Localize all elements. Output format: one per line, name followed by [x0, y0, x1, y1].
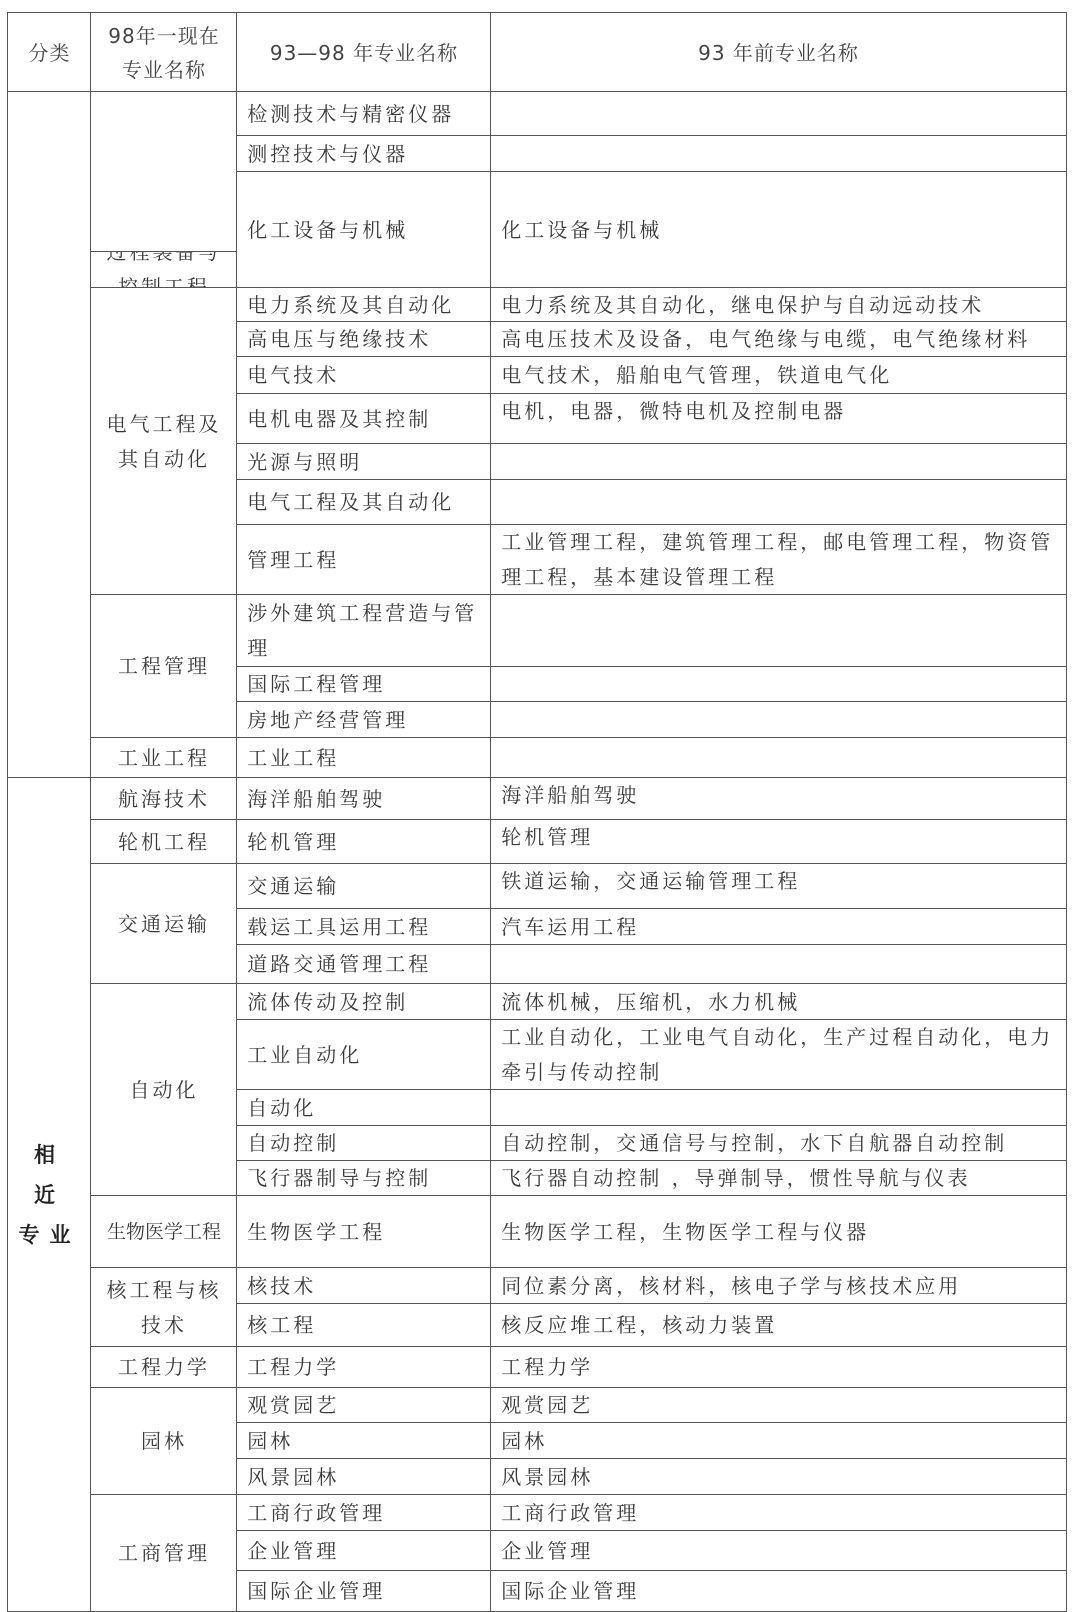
major-pre-93-cell: 工业自动化，工业电气自动化，生产过程自动化，电力牵引与传动控制	[490, 1019, 1067, 1091]
major-93-98-cell-text: 海洋船舶驾驶	[247, 782, 385, 817]
major-pre-93-cell: 国际企业管理	[490, 1570, 1067, 1612]
major-93-98-cell: 企业管理	[236, 1530, 492, 1572]
current-major-cell: 轮机工程	[90, 819, 238, 865]
major-pre-93-cell-text: 同位素分离，核材料，核电子学与核技术应用	[501, 1269, 961, 1304]
major-pre-93-cell-text: 工业自动化，工业电气自动化，生产过程自动化，电力牵引与传动控制	[501, 1020, 1060, 1090]
major-93-98-cell: 电气技术	[236, 356, 492, 395]
major-93-98-cell-text: 电气技术	[247, 358, 339, 393]
major-93-98-cell-text: 电机电器及其控制	[247, 402, 431, 437]
current-major-cell: 电气工程及其自动化	[90, 287, 238, 596]
major-pre-93-cell-text: 铁道运输，交通运输管理工程	[501, 864, 800, 899]
header-current-name: 98年一现在专业名称	[90, 12, 238, 93]
major-pre-93-cell: 企业管理	[490, 1530, 1067, 1572]
category-cell-text: 相 近 专业	[14, 1135, 85, 1255]
current-major-cell: 交通运输	[90, 863, 238, 985]
major-pre-93-cell: 工商行政管理	[490, 1494, 1067, 1532]
header-current-name-text: 98年一现在专业名称	[102, 19, 227, 87]
major-pre-93-cell-text: 电力系统及其自动化，继电保护与自动远动技术	[501, 288, 984, 323]
major-pre-93-cell-text: 自动控制，交通信号与控制，水下自航器自动控制	[501, 1126, 1007, 1161]
major-93-98-cell: 电机电器及其控制	[236, 393, 492, 445]
major-pre-93-cell: 海洋船舶驾驶	[490, 777, 1067, 821]
major-93-98-cell-text: 测控技术与仪器	[247, 137, 408, 172]
header-93-98-name-text: 93—98 年专业名称	[270, 35, 458, 71]
major-pre-93-cell-text: 电气技术，船舶电气管理，铁道电气化	[501, 358, 892, 393]
major-93-98-cell-text: 交通运输	[247, 869, 339, 904]
current-major-cell: 核工程与核技术	[90, 1267, 238, 1348]
major-93-98-cell: 国际工程管理	[236, 666, 492, 703]
major-pre-93-cell	[490, 135, 1067, 173]
current-major-cell-text: 生物医学工程	[107, 1215, 221, 1250]
major-93-98-cell: 观赏园艺	[236, 1387, 492, 1424]
major-93-98-cell: 工业自动化	[236, 1019, 492, 1091]
major-93-98-cell: 管理工程	[236, 524, 492, 596]
major-93-98-cell: 自动化	[236, 1089, 492, 1127]
major-93-98-cell-text: 光源与照明	[247, 445, 362, 480]
major-93-98-cell-text: 轮机管理	[247, 825, 339, 860]
major-pre-93-cell: 同位素分离，核材料，核电子学与核技术应用	[490, 1267, 1067, 1305]
current-major-cell: 园林	[90, 1387, 238, 1496]
major-93-98-cell-text: 工商行政管理	[247, 1496, 385, 1531]
major-93-98-cell: 化工设备与机械	[236, 171, 492, 289]
major-93-98-cell-text: 载运工具运用工程	[247, 910, 431, 945]
major-93-98-cell: 检测技术与精密仪器	[236, 91, 492, 137]
major-pre-93-cell-text: 海洋船舶驾驶	[501, 778, 639, 813]
major-pre-93-cell-text: 化工设备与机械	[501, 213, 662, 248]
current-major-cell	[90, 91, 238, 253]
major-93-98-cell: 工程力学	[236, 1346, 492, 1389]
major-93-98-cell-text: 自动控制	[247, 1126, 339, 1161]
major-pre-93-cell-text: 工程力学	[501, 1350, 593, 1385]
major-pre-93-cell: 观赏园艺	[490, 1387, 1067, 1424]
category-cell	[7, 91, 92, 779]
major-93-98-cell-text: 化工设备与机械	[247, 213, 408, 248]
current-major-cell-text: 过程装备与控制工程	[102, 251, 226, 289]
major-93-98-cell: 园林	[236, 1422, 492, 1460]
major-pre-93-cell: 风景园林	[490, 1458, 1067, 1496]
current-major-cell-text: 工程管理	[118, 649, 210, 684]
major-pre-93-cell-text: 飞行器自动控制 ，导弹制导，惯性导航与仪表	[501, 1161, 970, 1196]
major-93-98-cell: 电气工程及其自动化	[236, 479, 492, 526]
major-pre-93-cell-text: 轮机管理	[501, 820, 593, 855]
major-pre-93-cell: 铁道运输，交通运输管理工程	[490, 863, 1067, 910]
major-pre-93-cell-text: 工业管理工程，建筑管理工程，邮电管理工程，物资管理工程，基本建设管理工程	[501, 525, 1060, 595]
current-major-cell: 工商管理	[90, 1494, 238, 1612]
major-93-98-cell: 核工程	[236, 1303, 492, 1348]
current-major-cell-text: 电气工程及其自动化	[102, 407, 226, 477]
major-pre-93-cell: 自动控制，交通信号与控制，水下自航器自动控制	[490, 1125, 1067, 1162]
current-major-cell: 自动化	[90, 983, 238, 1197]
major-93-98-cell: 流体传动及控制	[236, 983, 492, 1021]
major-pre-93-cell: 工业管理工程，建筑管理工程，邮电管理工程，物资管理工程，基本建设管理工程	[490, 524, 1067, 596]
major-93-98-cell: 工业工程	[236, 737, 492, 779]
major-93-98-cell: 载运工具运用工程	[236, 908, 492, 946]
major-93-98-cell-text: 工业自动化	[247, 1038, 362, 1073]
major-pre-93-cell: 电力系统及其自动化，继电保护与自动远动技术	[490, 287, 1067, 323]
current-major-cell: 生物医学工程	[90, 1195, 238, 1269]
major-93-98-cell-text: 飞行器制导与控制	[247, 1161, 431, 1196]
major-93-98-cell-text: 企业管理	[247, 1534, 339, 1569]
major-93-98-cell: 测控技术与仪器	[236, 135, 492, 173]
major-93-98-cell-text: 高电压与绝缘技术	[247, 322, 431, 357]
major-pre-93-cell	[490, 594, 1067, 668]
major-93-98-cell: 飞行器制导与控制	[236, 1160, 492, 1197]
major-pre-93-cell: 电机，电器，微特电机及控制电器	[490, 393, 1067, 445]
major-pre-93-cell-text: 生物医学工程，生物医学工程与仪器	[501, 1215, 869, 1250]
current-major-cell-text: 自动化	[130, 1073, 199, 1108]
major-pre-93-cell: 生物医学工程，生物医学工程与仪器	[490, 1195, 1067, 1269]
header-pre-93-name: 93 年前专业名称	[490, 12, 1067, 93]
current-major-cell-text: 轮机工程	[118, 825, 210, 860]
major-pre-93-cell	[490, 479, 1067, 526]
major-pre-93-cell: 园林	[490, 1422, 1067, 1460]
major-pre-93-cell	[490, 443, 1067, 481]
major-pre-93-cell: 电气技术，船舶电气管理，铁道电气化	[490, 356, 1067, 395]
major-93-98-cell: 核技术	[236, 1267, 492, 1305]
major-pre-93-cell: 工程力学	[490, 1346, 1067, 1389]
current-major-cell: 工程管理	[90, 594, 238, 739]
major-93-98-cell-text: 观赏园艺	[247, 1388, 339, 1423]
current-major-cell: 过程装备与控制工程	[90, 251, 238, 289]
major-93-98-cell: 房地产经营管理	[236, 701, 492, 739]
major-pre-93-cell: 飞行器自动控制 ，导弹制导，惯性导航与仪表	[490, 1160, 1067, 1197]
header-93-98-name: 93—98 年专业名称	[236, 12, 492, 93]
major-pre-93-cell	[490, 1089, 1067, 1127]
major-pre-93-cell-text: 电机，电器，微特电机及控制电器	[501, 394, 846, 429]
header-category-text: 分类	[29, 35, 71, 71]
current-major-cell: 航海技术	[90, 777, 238, 821]
major-93-98-cell-text: 核技术	[247, 1269, 316, 1304]
major-pre-93-cell-text: 国际企业管理	[501, 1574, 639, 1609]
major-93-98-cell-text: 道路交通管理工程	[247, 947, 431, 982]
major-93-98-cell-text: 国际工程管理	[247, 667, 385, 702]
major-93-98-cell: 电力系统及其自动化	[236, 287, 492, 323]
major-93-98-cell-text: 自动化	[247, 1091, 316, 1126]
header-pre-93-name-text: 93 年前专业名称	[698, 35, 859, 71]
current-major-cell-text: 工商管理	[118, 1536, 210, 1571]
major-pre-93-cell	[490, 944, 1067, 985]
major-93-98-cell: 光源与照明	[236, 443, 492, 481]
major-93-98-cell-text: 流体传动及控制	[247, 985, 408, 1020]
major-93-98-cell-text: 涉外建筑工程营造与管理	[247, 596, 485, 666]
major-pre-93-cell-text: 企业管理	[501, 1534, 593, 1569]
major-93-98-cell: 轮机管理	[236, 819, 492, 865]
major-93-98-cell-text: 生物医学工程	[247, 1215, 385, 1250]
major-93-98-cell: 涉外建筑工程营造与管理	[236, 594, 492, 668]
current-major-cell-text: 交通运输	[118, 907, 210, 942]
current-major-cell-text: 工程力学	[118, 1350, 210, 1385]
major-pre-93-cell-text: 核反应堆工程，核动力装置	[501, 1308, 777, 1343]
major-93-98-cell: 风景园林	[236, 1458, 492, 1496]
major-93-98-cell-text: 管理工程	[247, 543, 339, 578]
major-93-98-cell: 交通运输	[236, 863, 492, 910]
major-pre-93-cell-text: 风景园林	[501, 1460, 593, 1495]
major-93-98-cell: 海洋船舶驾驶	[236, 777, 492, 821]
major-pre-93-cell: 核反应堆工程，核动力装置	[490, 1303, 1067, 1348]
major-pre-93-cell-text: 园林	[501, 1424, 547, 1459]
major-pre-93-cell	[490, 737, 1067, 779]
major-93-98-cell: 高电压与绝缘技术	[236, 321, 492, 358]
major-93-98-cell-text: 检测技术与精密仪器	[247, 97, 454, 132]
major-93-98-cell-text: 电气工程及其自动化	[247, 485, 454, 520]
major-comparison-table: 分类98年一现在专业名称93—98 年专业名称93 年前专业名称相 近 专业过程…	[0, 0, 1080, 1612]
current-major-cell-text: 园林	[141, 1424, 187, 1459]
major-93-98-cell: 道路交通管理工程	[236, 944, 492, 985]
major-pre-93-cell-text: 工商行政管理	[501, 1496, 639, 1531]
major-93-98-cell-text: 工业工程	[247, 741, 339, 776]
major-93-98-cell: 生物医学工程	[236, 1195, 492, 1269]
major-pre-93-cell: 高电压技术及设备，电气绝缘与电缆，电气绝缘材料	[490, 321, 1067, 358]
major-pre-93-cell-text: 流体机械，压缩机，水力机械	[501, 985, 800, 1020]
current-major-cell-text: 核工程与核技术	[102, 1273, 226, 1343]
current-major-cell: 工程力学	[90, 1346, 238, 1389]
major-pre-93-cell: 化工设备与机械	[490, 171, 1067, 289]
major-93-98-cell-text: 风景园林	[247, 1460, 339, 1495]
current-major-cell-text: 航海技术	[118, 782, 210, 817]
current-major-cell: 工业工程	[90, 737, 238, 779]
major-pre-93-cell: 汽车运用工程	[490, 908, 1067, 946]
major-pre-93-cell-text: 汽车运用工程	[501, 910, 639, 945]
major-pre-93-cell	[490, 666, 1067, 703]
major-93-98-cell-text: 电力系统及其自动化	[247, 288, 454, 323]
major-pre-93-cell	[490, 91, 1067, 137]
major-pre-93-cell	[490, 701, 1067, 739]
major-93-98-cell-text: 国际企业管理	[247, 1574, 385, 1609]
major-93-98-cell: 工商行政管理	[236, 1494, 492, 1532]
current-major-cell-text: 工业工程	[118, 741, 210, 776]
category-cell: 相 近 专业	[7, 777, 92, 1612]
major-pre-93-cell: 流体机械，压缩机，水力机械	[490, 983, 1067, 1021]
major-93-98-cell-text: 房地产经营管理	[247, 703, 408, 738]
major-pre-93-cell-text: 高电压技术及设备，电气绝缘与电缆，电气绝缘材料	[501, 322, 1030, 357]
major-93-98-cell-text: 核工程	[247, 1308, 316, 1343]
major-93-98-cell: 国际企业管理	[236, 1570, 492, 1612]
major-pre-93-cell-text: 观赏园艺	[501, 1388, 593, 1423]
major-pre-93-cell: 轮机管理	[490, 819, 1067, 865]
header-category: 分类	[7, 12, 92, 93]
major-93-98-cell-text: 园林	[247, 1424, 293, 1459]
major-93-98-cell-text: 工程力学	[247, 1350, 339, 1385]
major-93-98-cell: 自动控制	[236, 1125, 492, 1162]
